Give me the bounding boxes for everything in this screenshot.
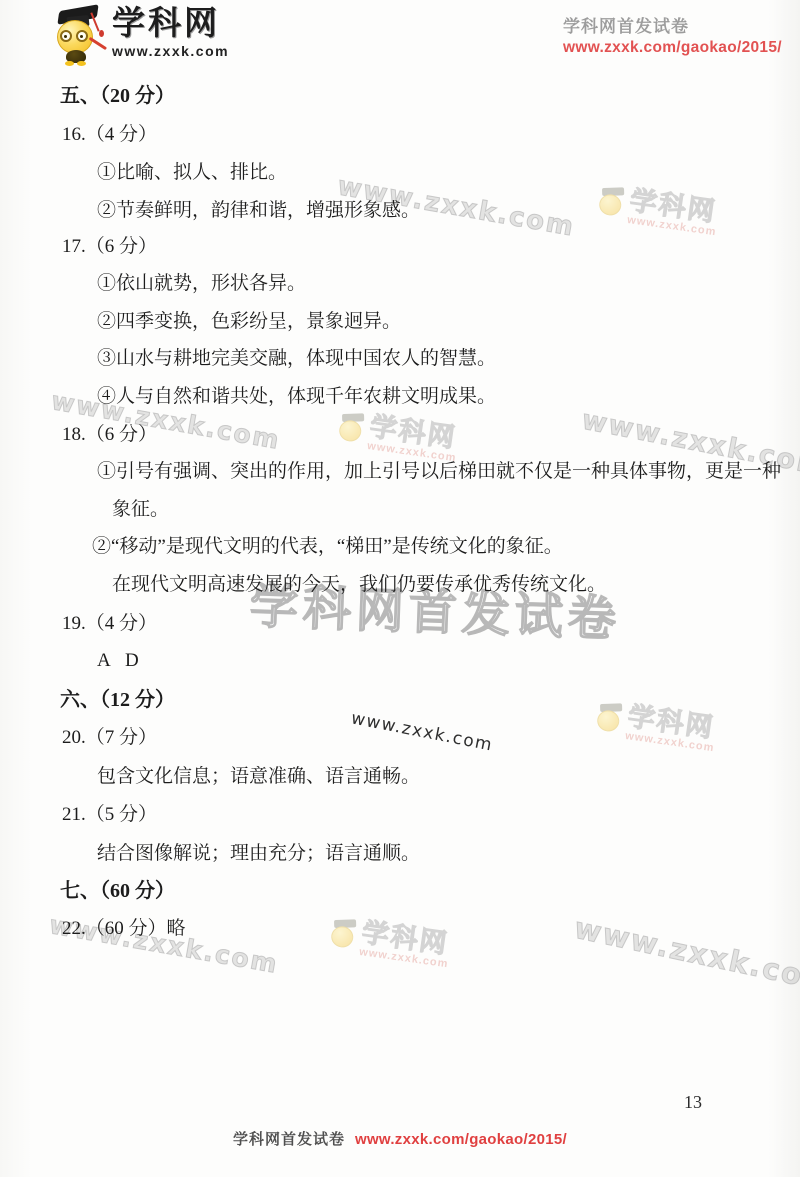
footer-url: www.zxxk.com/gaokao/2015/ (355, 1131, 567, 1148)
watermark-logo: 学科网 www.zxxk.com (334, 408, 461, 465)
watermark-logo: 学科网 www.zxxk.com (326, 914, 453, 971)
scanned-exam-page: www.zxxk.com www.zxxk.com www.zxxk.com w… (0, 0, 800, 1177)
answer-text: ①比喻、拟人、排比。 (97, 162, 287, 184)
answer-text: A D (97, 650, 139, 672)
page-number: 13 (684, 1092, 702, 1113)
answer-text: ②“移动”是现代文明的代表，“梯田”是传统文化的象征。 (92, 536, 563, 558)
answer-text: ②四季变换，色彩纷呈，景象迥异。 (97, 311, 401, 333)
question-label: 16.（4 分） (62, 124, 157, 146)
question-label: 18.（6 分） (62, 424, 157, 446)
answer-text: 结合图像解说；理由充分；语言通顺。 (97, 843, 420, 865)
section-heading: 七、（60 分） (60, 880, 175, 902)
owl-mascot-icon (592, 700, 627, 740)
owl-mascot-icon (50, 4, 108, 66)
question-label: 19.（4 分） (62, 613, 157, 635)
answer-text: ③山水与耕地完美交融，体现中国农人的智慧。 (97, 348, 496, 370)
masthead-url: www.zxxk.com/gaokao/2015/ (563, 39, 782, 57)
section-heading: 六、（12 分） (60, 689, 175, 711)
answer-text: ④人与自然和谐共处，体现千年农耕文明成果。 (97, 386, 496, 408)
answer-text: 象征。 (112, 499, 169, 521)
brand-name: 学科网 (112, 4, 229, 42)
answer-text: 在现代文明高速发展的今天，我们仍要传承优秀传统文化。 (112, 574, 606, 596)
header-logo: 学科网 www.zxxk.com (50, 4, 229, 66)
question-label: 20.（7 分） (62, 727, 157, 749)
section-heading: 五、（20 分） (60, 85, 175, 107)
watermark-logo: 学科网 www.zxxk.com (594, 182, 721, 239)
answer-text: 包含文化信息；语意准确、语言通畅。 (97, 766, 420, 788)
footer: 学科网首发试卷www.zxxk.com/gaokao/2015/ (0, 1128, 800, 1149)
question-label: 21.（5 分） (62, 804, 157, 826)
answer-text: ①引号有强调、突出的作用，加上引号以后梯田就不仅是一种具体事物，更是一种 (97, 461, 781, 483)
question-label: 22.（60 分）略 (62, 918, 186, 940)
owl-mascot-icon (326, 916, 361, 956)
footer-label: 学科网首发试卷 (233, 1131, 345, 1148)
brand-url: www.zxxk.com (112, 43, 229, 59)
masthead: 学科网首发试卷 www.zxxk.com/gaokao/2015/ (563, 12, 782, 57)
owl-mascot-icon (594, 184, 629, 224)
owl-mascot-icon (334, 410, 369, 450)
question-label: 17.（6 分） (62, 236, 157, 258)
watermark-logo: 学科网 www.zxxk.com (592, 698, 719, 755)
watermark-url: www.zxxk.com (571, 911, 800, 999)
answer-text: ①依山就势，形状各异。 (97, 273, 306, 295)
answer-text: ②节奏鲜明，韵律和谐，增强形象感。 (97, 200, 420, 222)
masthead-title: 学科网首发试卷 (563, 12, 782, 37)
watermark-url-dark: www.zxxk.com (349, 708, 494, 755)
